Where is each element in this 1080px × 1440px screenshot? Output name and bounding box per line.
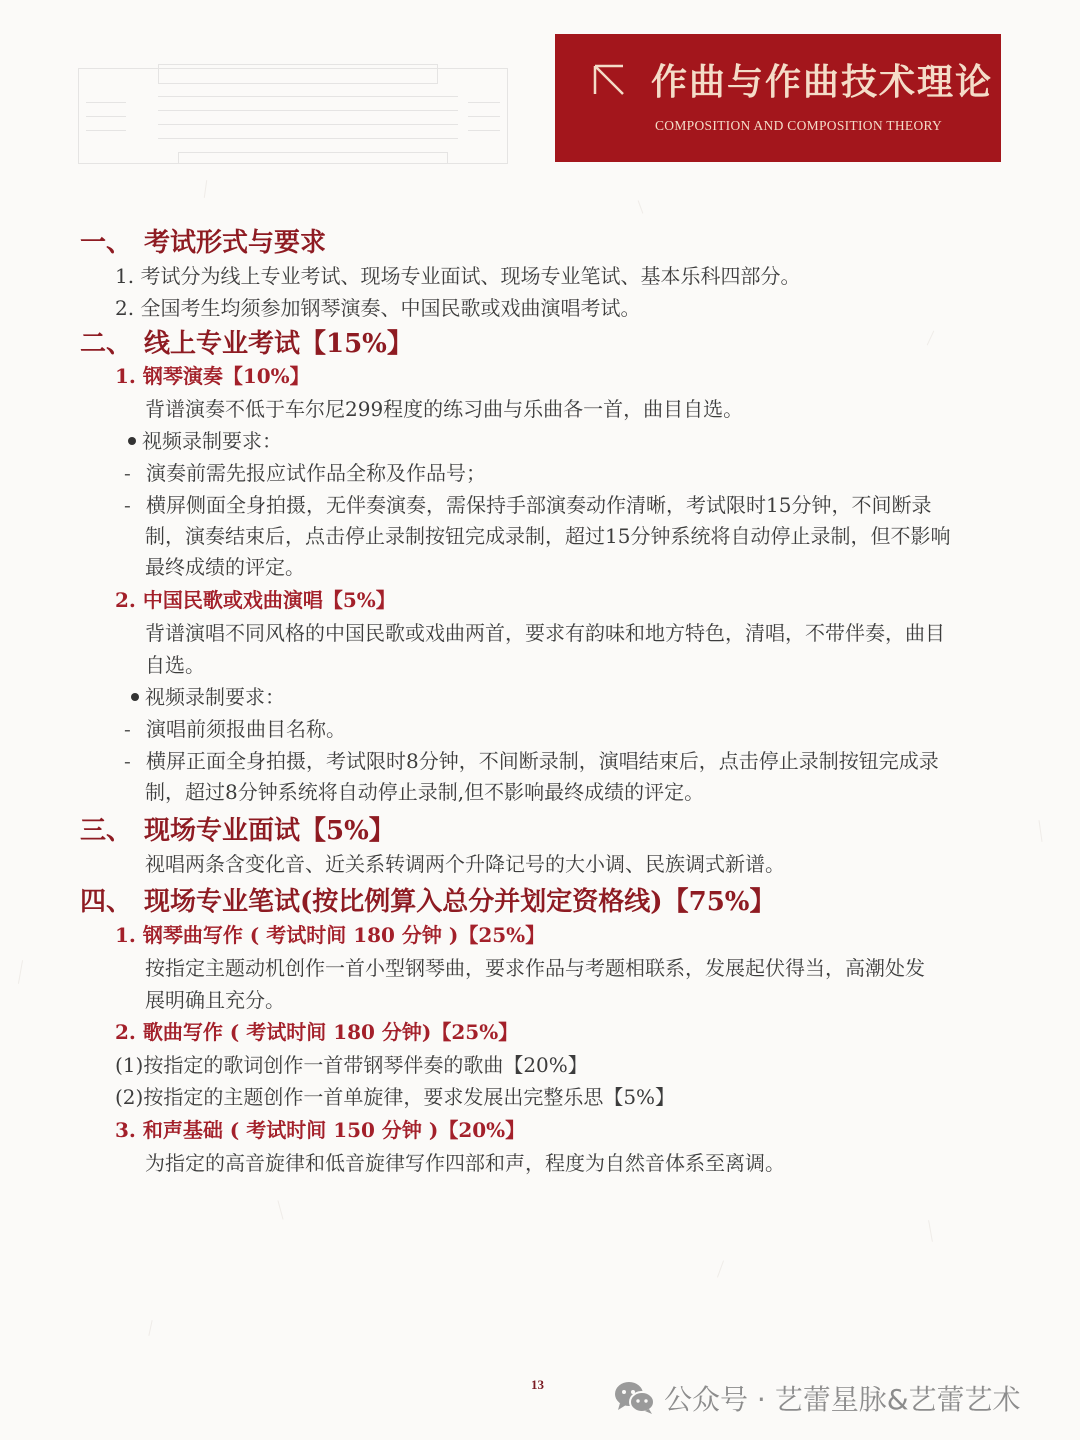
paragraph: 背谱演唱不同风格的中国民歌或戏曲两首，要求有韵味和地方特色，清唱，不带伴奏，曲目 (145, 617, 945, 646)
section-number: 四、 (80, 881, 132, 918)
section-number: 二、 (80, 323, 132, 360)
bullet-item: 视频录制要求： (131, 681, 285, 710)
paragraph: 展明确且充分。 (145, 984, 285, 1013)
section-title: 考试形式与要求 (144, 222, 326, 259)
section-heading: 一、 考试形式与要求 (80, 222, 680, 256)
paragraph: 视唱两条含变化音、近关系转调两个升降记号的大小调、民族调式新谱。 (145, 848, 785, 877)
page-subtitle: COMPOSITION AND COMPOSITION THEORY (655, 118, 942, 134)
bullet-icon (128, 437, 136, 445)
dash-item: -横屏侧面全身拍摄，无伴奏演奏，需保持手部演奏动作清晰，考试限时15分钟，不间断… (124, 489, 931, 518)
section-banner: 作曲与作曲技术理论 COMPOSITION AND COMPOSITION TH… (555, 34, 1001, 162)
subsection-title: 1. 钢琴曲写作 ( 考试时间 180 分钟 )【25%】 (115, 919, 545, 948)
list-item: 2. 全国考生均须参加钢琴演奏、中国民歌或戏曲演唱考试。 (115, 292, 640, 321)
wechat-icon (614, 1381, 656, 1415)
list-item: (2)按指定的主题创作一首单旋律，要求发展出完整乐思【5%】 (115, 1081, 675, 1110)
section-heading: 四、 现场专业笔试(按比例算入总分并划定资格线)【75%】 (80, 881, 880, 915)
subsection-title: 2. 中国民歌或戏曲演唱【5%】 (115, 584, 396, 613)
arrow-up-left-icon (591, 62, 627, 98)
section-title: 线上专业考试【15%】 (144, 323, 413, 360)
dash-item-continued: 最终成绩的评定。 (145, 551, 305, 580)
section-heading: 二、 线上专业考试【15%】 (80, 323, 680, 357)
section-number: 三、 (80, 810, 132, 847)
bullet-item: 视频录制要求： (128, 425, 282, 454)
source-watermark: 公众号 · 艺蕾星脉&艺蕾艺术 (614, 1378, 1021, 1418)
section-title: 现场专业笔试(按比例算入总分并划定资格线)【75%】 (144, 881, 776, 918)
paragraph: 为指定的高音旋律和低音旋律写作四部和声，程度为自然音体系至离调。 (145, 1147, 785, 1176)
section-title: 现场专业面试【5%】 (144, 810, 395, 847)
list-item: (1)按指定的歌词创作一首带钢琴伴奏的歌曲【20%】 (115, 1049, 588, 1078)
subsection-title: 1. 钢琴演奏【10%】 (115, 360, 310, 389)
building-watermark (78, 58, 508, 164)
dash-item: -演奏前需先报应试作品全称及作品号； (124, 457, 486, 486)
source-label: 公众号 · 艺蕾星脉&艺蕾艺术 (664, 1378, 1021, 1418)
page-title: 作曲与作曲技术理论 (651, 54, 993, 105)
subsection-title: 3. 和声基础 ( 考试时间 150 分钟 )【20%】 (115, 1114, 525, 1143)
section-heading: 三、 现场专业面试【5%】 (80, 810, 680, 844)
section-number: 一、 (80, 222, 132, 259)
paragraph: 按指定主题动机创作一首小型钢琴曲，要求作品与考题相联系，发展起伏得当，高潮处发 (145, 952, 925, 981)
subsection-title: 2. 歌曲写作 ( 考试时间 180 分钟)【25%】 (115, 1016, 518, 1045)
dash-item-continued: 制，超过8分钟系统将自动停止录制,但不影响最终成绩的评定。 (145, 776, 704, 805)
dash-item-continued: 制，演奏结束后，点击停止录制按钮完成录制，超过15分钟系统将自动停止录制，但不影… (145, 520, 950, 549)
paragraph: 背谱演奏不低于车尔尼299程度的练习曲与乐曲各一首，曲目自选。 (145, 393, 743, 422)
paragraph: 自选。 (145, 649, 205, 678)
list-item: 1. 考试分为线上专业考试、现场专业面试、现场专业笔试、基本乐科四部分。 (115, 260, 800, 289)
dash-item: -横屏正面全身拍摄，考试限时8分钟，不间断录制，演唱结束后，点击停止录制按钮完成… (124, 745, 939, 774)
bullet-icon (131, 693, 139, 701)
dash-item: -演唱前须报曲目名称。 (124, 713, 346, 742)
page-number: 13 (531, 1377, 544, 1393)
